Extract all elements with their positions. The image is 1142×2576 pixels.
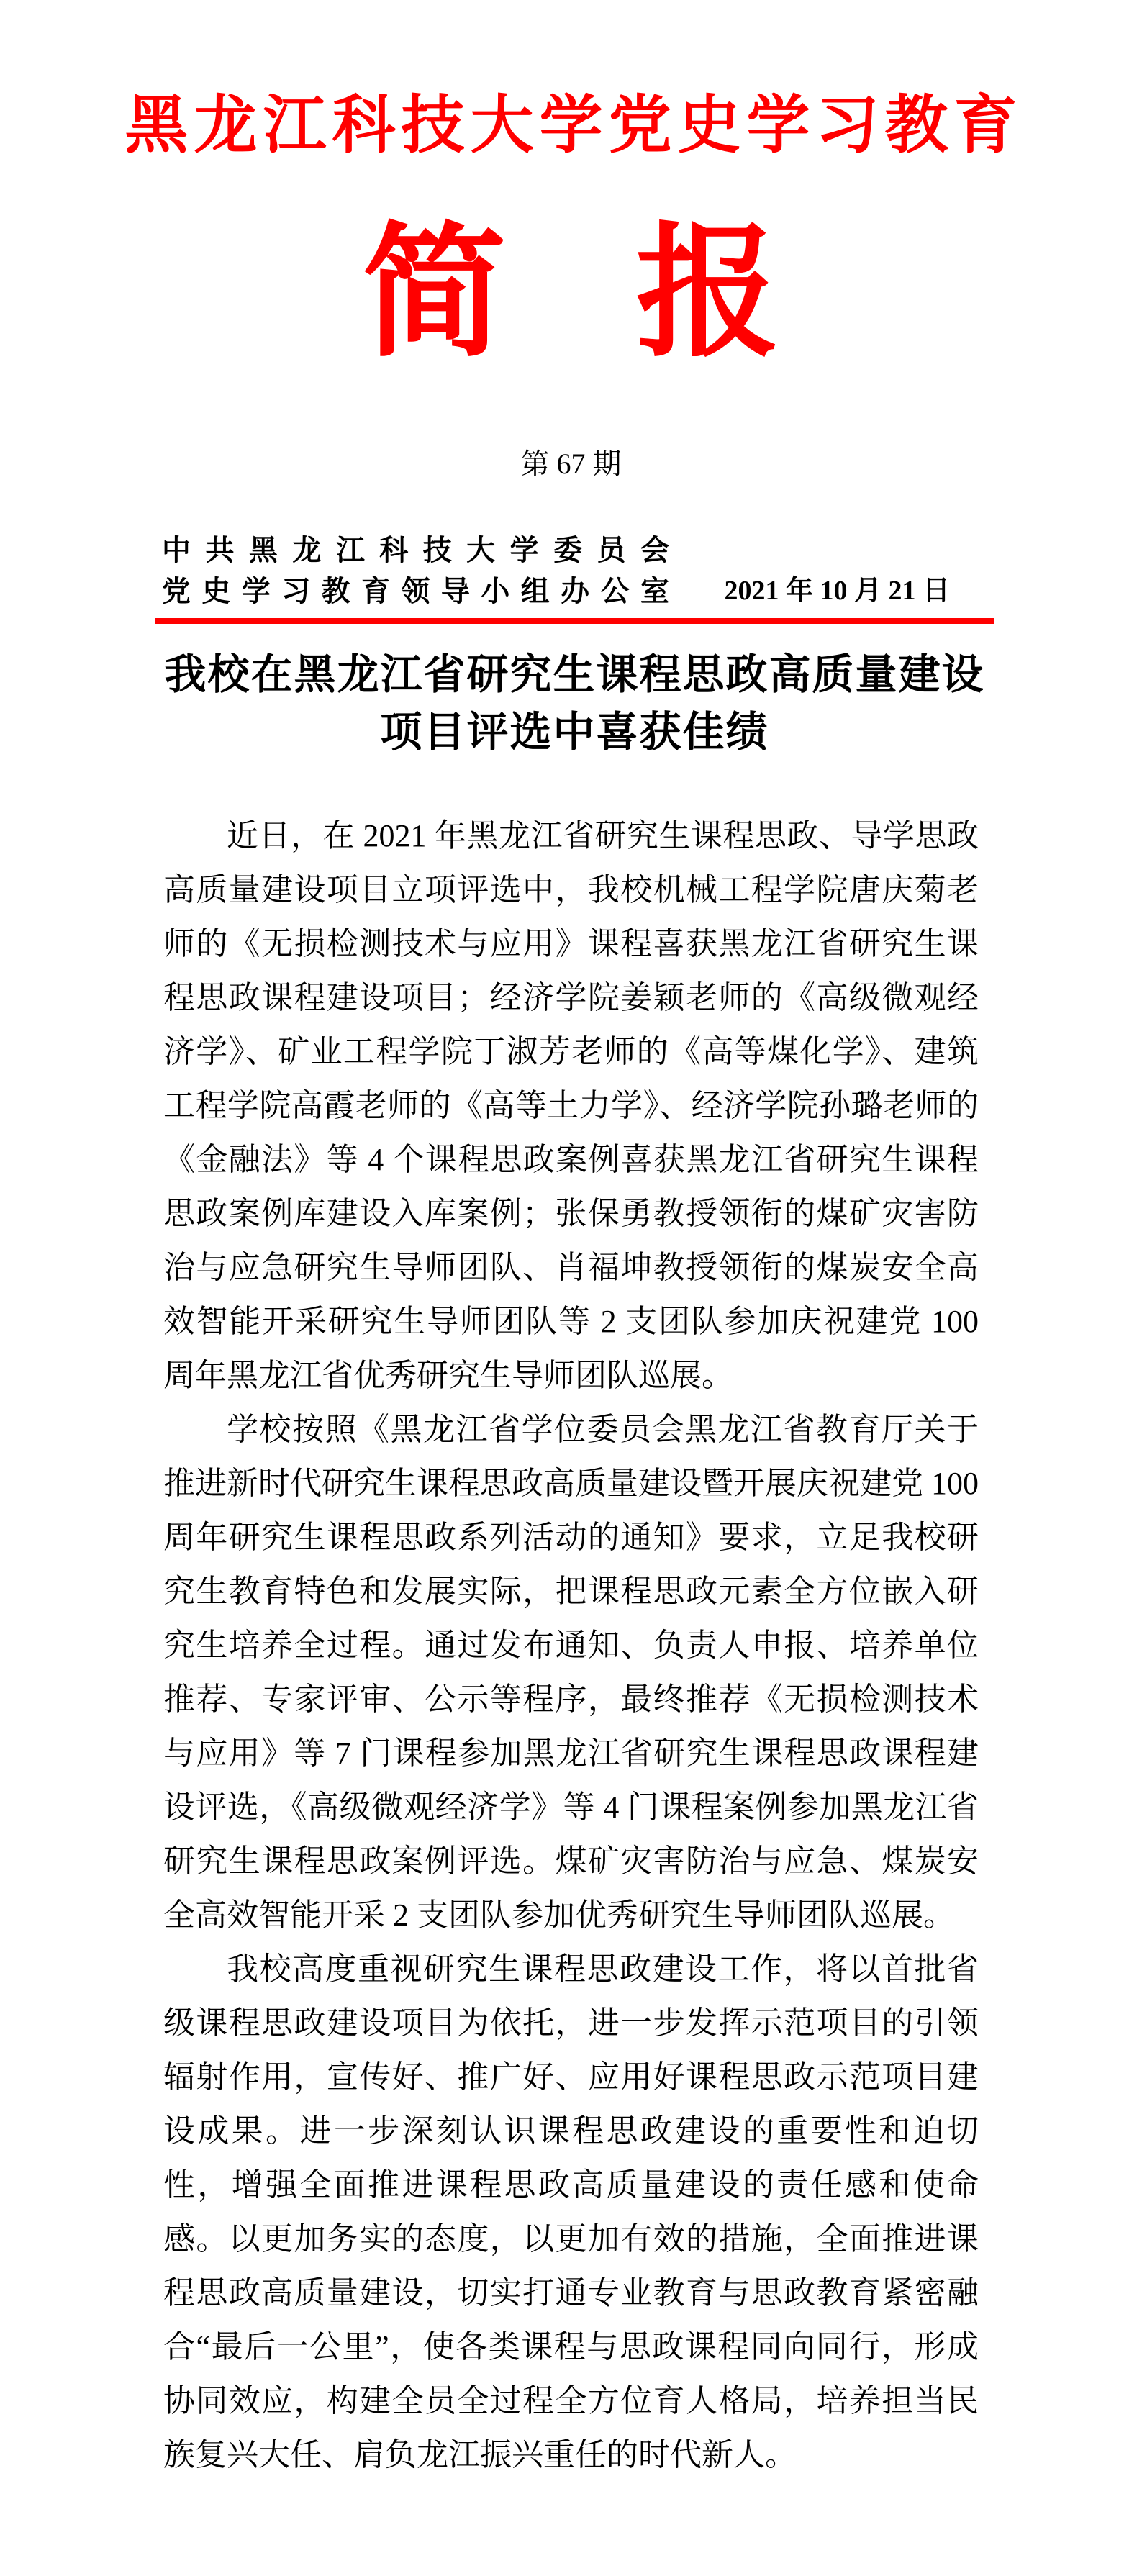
issue-number: 第 67 期 bbox=[0, 446, 1142, 482]
paragraph-1: 近日，在 2021 年黑龙江省研究生课程思政、导学思政高质量建设项目立项评选中，… bbox=[163, 809, 979, 1402]
issuer-line-committee: 中共黑龙江科技大学委员会 bbox=[162, 530, 669, 571]
article-body: 近日，在 2021 年黑龙江省研究生课程思政、导学思政高质量建设项目立项评选中，… bbox=[163, 809, 979, 2482]
issuer-block: 中共黑龙江科技大学委员会 党史学习教育领导小组办公室 bbox=[162, 530, 669, 612]
issuer-line-office: 党史学习教育领导小组办公室 bbox=[162, 571, 669, 612]
paragraph-2: 学校按照《黑龙江省学位委员会黑龙江省教育厅关于推进新时代研究生课程思政高质量建设… bbox=[163, 1402, 979, 1942]
bulletin-title: 简报 bbox=[0, 218, 1142, 369]
paragraph-3: 我校高度重视研究生课程思政建设工作，将以首批省级课程思政建设项目为依托，进一步发… bbox=[163, 1942, 979, 2482]
article-headline: 我校在黑龙江省研究生课程思政高质量建设 项目评选中喜获佳绩 bbox=[155, 646, 994, 761]
issue-date: 2021 年 10 月 21 日 bbox=[724, 573, 950, 608]
headline-line-1: 我校在黑龙江省研究生课程思政高质量建设 bbox=[155, 646, 994, 704]
headline-line-2: 项目评选中喜获佳绩 bbox=[155, 704, 994, 761]
masthead-divider-rule bbox=[155, 618, 994, 624]
bulletin-series-title: 黑龙江科技大学党史学习教育 bbox=[0, 94, 1142, 160]
bulletin-page: 黑龙江科技大学党史学习教育 简报 第 67 期 中共黑龙江科技大学委员会 党史学… bbox=[0, 0, 1142, 2576]
